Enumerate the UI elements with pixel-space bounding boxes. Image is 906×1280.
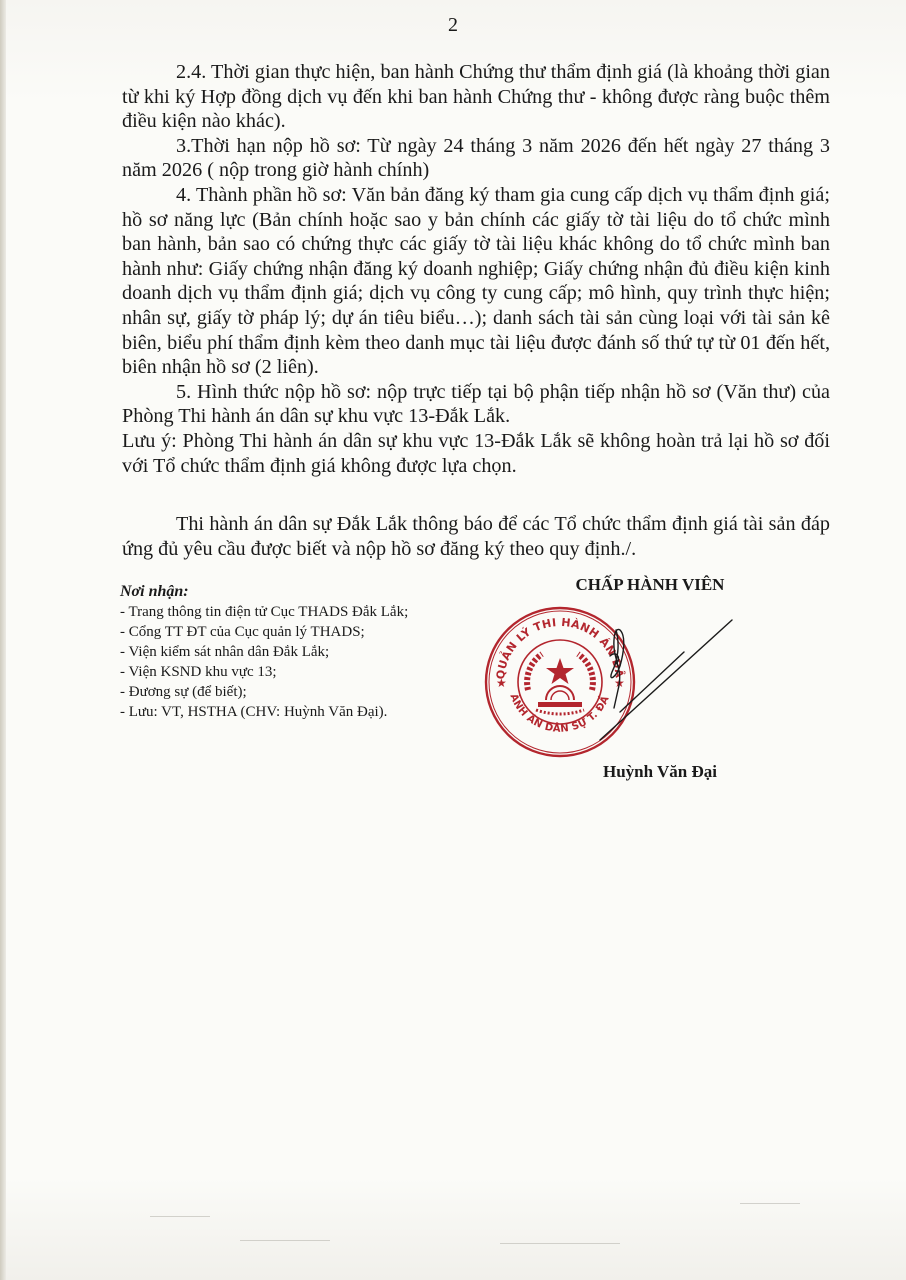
document-page: 2 2.4. Thời gian thực hiện, ban hành Chứ… (0, 0, 906, 1280)
recipient-item: - Cổng TT ĐT của Cục quản lý THADS; (120, 622, 480, 642)
recipient-item: - Lưu: VT, HSTHA (CHV: Huỳnh Văn Đại). (120, 702, 480, 722)
closing-paragraph: Thi hành án dân sự Đắk Lắk thông báo để … (122, 512, 830, 561)
signer-title: CHẤP HÀNH VIÊN (530, 575, 770, 595)
recipient-item: - Đương sự (để biết); (120, 682, 480, 702)
paragraph-note: Lưu ý: Phòng Thi hành án dân sự khu vực … (122, 429, 830, 478)
page-number: 2 (0, 14, 906, 37)
recipient-item: - Trang thông tin điện tử Cục THADS Đắk … (120, 602, 480, 622)
recipients-block: Nơi nhận: - Trang thông tin điện tử Cục … (120, 582, 480, 722)
recipient-item: - Viện KSND khu vực 13; (120, 662, 480, 682)
svg-text:★: ★ (496, 676, 507, 690)
paragraph-4-dossier: 4. Thành phần hồ sơ: Văn bản đăng ký tha… (122, 183, 830, 380)
recipient-item: - Viện kiểm sát nhân dân Đắk Lắk; (120, 642, 480, 662)
signer-name: Huỳnh Văn Đại (560, 762, 760, 782)
recipients-list: - Trang thông tin điện tử Cục THADS Đắk … (120, 602, 480, 722)
recipients-title: Nơi nhận: (120, 582, 480, 602)
paragraph-2-4: 2.4. Thời gian thực hiện, ban hành Chứng… (122, 60, 830, 134)
scan-artifact (500, 1243, 620, 1244)
paragraph-5-submission: 5. Hình thức nộp hồ sơ: nộp trực tiếp tạ… (122, 380, 830, 429)
paragraph-3-deadline: 3.Thời hạn nộp hồ sơ: Từ ngày 24 tháng 3… (122, 134, 830, 183)
scan-artifact (240, 1240, 330, 1241)
scan-artifact (150, 1216, 210, 1217)
document-body: 2.4. Thời gian thực hiện, ban hành Chứng… (122, 60, 830, 561)
handwritten-signature-icon (560, 600, 740, 750)
scan-edge (0, 0, 6, 1280)
scan-artifact (740, 1203, 800, 1204)
